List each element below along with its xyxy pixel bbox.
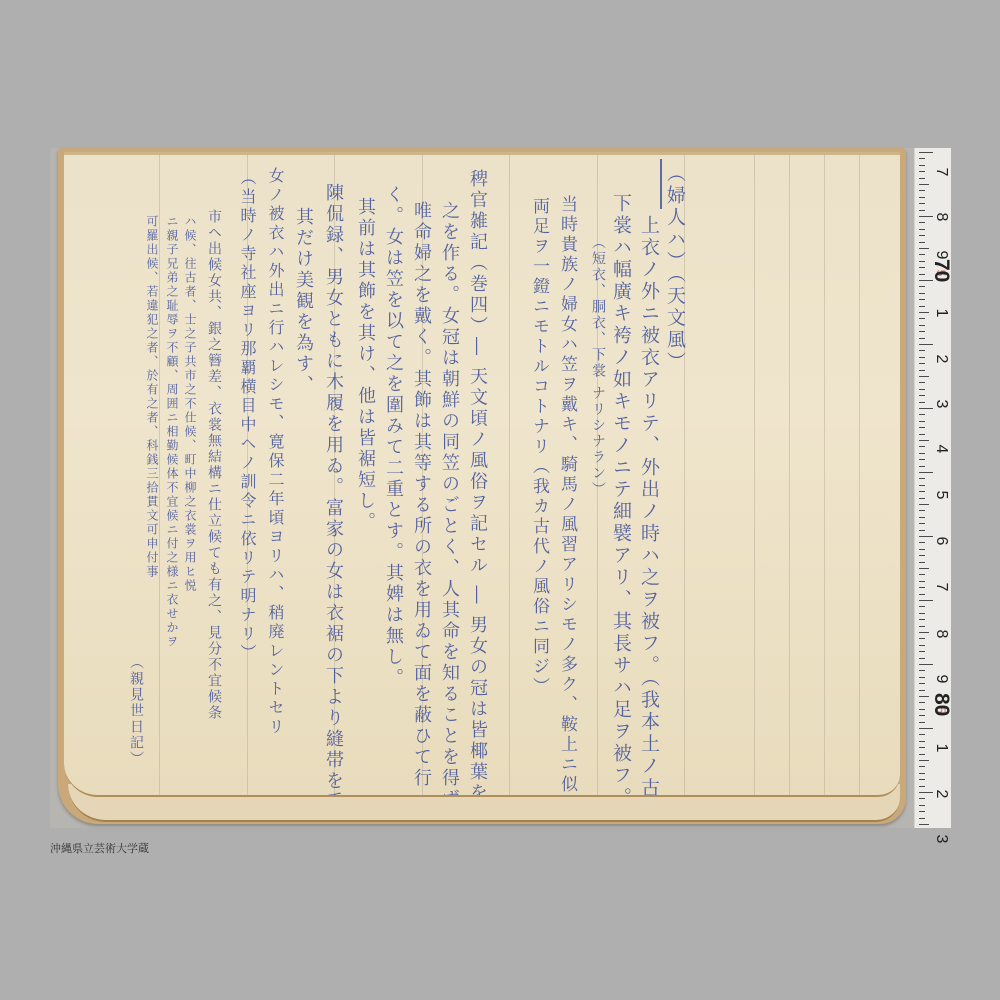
ruler-tick: [919, 248, 929, 249]
ruler-tick: [919, 530, 925, 531]
manuscript-line: ハ候、往古者、士之子共市之不仕候、町中柳之衣裳ヲ用ヒ悦: [182, 215, 198, 593]
ruler-tick: [919, 677, 925, 678]
rule-line: [509, 155, 510, 795]
ruler-tick: [919, 651, 925, 652]
ruler-tick: [919, 818, 925, 819]
ruler-tick: [919, 683, 925, 684]
ruler-tick: [919, 690, 925, 691]
ruler-tick: [919, 357, 925, 358]
manuscript-line: 其だけ美観を為す、: [290, 207, 316, 396]
manuscript-heading: （婦人ハ）（天文風）: [662, 163, 688, 374]
ruler-tick: [919, 517, 925, 518]
ruler-number: 3: [932, 829, 950, 849]
ruler-tick: [919, 408, 933, 409]
manuscript-line: 上衣ノ外ニ被衣アリテ、外出ノ時ハ之ヲ被フ。（我本土ノ古俗）: [636, 215, 662, 797]
ruler-tick: [919, 728, 933, 729]
ruler-tick: [919, 658, 925, 659]
ruler-tick: [919, 619, 925, 620]
ruler-tick: [919, 414, 925, 415]
ruler-tick: [919, 638, 925, 639]
ruler-tick: [919, 190, 925, 191]
ruler-tick: [919, 158, 925, 159]
ruler-tick: [919, 542, 925, 543]
ruler-number: 4: [932, 439, 950, 459]
ruler-tick: [919, 581, 925, 582]
ruler-tick: [919, 491, 925, 492]
ruler-tick: [919, 261, 925, 262]
ruler-tick: [919, 370, 925, 371]
manuscript-line: 当時貴族ノ婦女ハ笠ヲ戴キ、騎馬ノ風習アリシモノ多ク、鞍上ニ似タルモノ、: [554, 195, 580, 797]
ruler-tick: [919, 210, 925, 211]
ruler-tick: [919, 696, 929, 697]
manuscript-line: （短衣、胴衣、下裳 ナリシナラン）: [588, 235, 608, 497]
manuscript-line: 之を作る。女冠は朝鮮の同笠のごとく、人其命を知ることを得ず: [436, 201, 462, 797]
manuscript-line: ニ親子兄弟之耻辱ヲ不顧、周囲ニ相勤候体不宜候ニ付之様ニ衣せかヲ: [164, 215, 180, 649]
ruler-tick: [919, 805, 925, 806]
ruler-tick: [919, 811, 925, 812]
ruler-number: 3: [932, 394, 950, 414]
ruler-tick: [919, 478, 925, 479]
ruler-tick: [919, 178, 925, 179]
ruler-tick: [919, 229, 925, 230]
ruler-tick: [919, 760, 929, 761]
manuscript-source-note: （親見世日記）: [126, 655, 146, 767]
manuscript-line: 陳侃録、男女ともに木履を用ゐ。富家の女は衣裾の下より縫帯を垂る: [320, 183, 346, 797]
rule-line: [824, 155, 825, 795]
ruler-tick: [919, 254, 925, 255]
ruler-tick: [919, 626, 925, 627]
ruler-tick: [919, 664, 933, 665]
manuscript-line: 市ヘ出候女共、銀之簪差、衣裳無結構ニ仕立候ても有之、見分不宜候条: [204, 209, 224, 721]
notebook: （婦人ハ）（天文風） 上衣ノ外ニ被衣アリテ、外出ノ時ハ之ヲ被フ。（我本土ノ古俗）…: [58, 148, 906, 824]
ruler-tick: [919, 606, 925, 607]
ruler-number: 1: [932, 738, 950, 758]
measuring-ruler: 789570123456789580123: [914, 148, 951, 828]
ruler-tick: [919, 510, 925, 511]
ruler-tick: [919, 286, 925, 287]
manuscript-line: く。女は笠を以て之を圍みて二重とす。其婢は無し。: [380, 185, 406, 689]
ruler-tick: [919, 376, 929, 377]
ruler-tick: [919, 741, 925, 742]
manuscript-line: 女ノ被衣ハ外出ニ行ハレシモ、寛保二年頃ヨリハ、稍廃レントセリ: [262, 167, 288, 737]
ruler-number: 5: [932, 485, 950, 505]
ruler-tick: [919, 421, 925, 422]
ruler-number: 1: [932, 303, 950, 323]
manuscript-line: 両足ヲ一鐙ニモトルコトナリ（我カ古代ノ風俗ニ同ジ）: [526, 197, 552, 697]
ruler-number: 2: [932, 349, 950, 369]
manuscript-line: 其前は其飾を其け、他は皆裾短し。: [352, 197, 378, 533]
rule-line: [859, 155, 860, 795]
ruler-number: 7: [932, 162, 950, 182]
rule-line: [754, 155, 755, 795]
ruler-tick: [919, 792, 933, 793]
ruler-tick: [919, 427, 925, 428]
ruler-tick: [919, 203, 925, 204]
ruler-tick: [919, 594, 925, 595]
ruler-tick: [919, 446, 925, 447]
ruler-tick: [919, 338, 925, 339]
ruler-tick: [919, 754, 925, 755]
ruler-tick: [919, 498, 925, 499]
ruler-tick: [919, 318, 925, 319]
notebook-page: （婦人ハ）（天文風） 上衣ノ外ニ被衣アリテ、外出ノ時ハ之ヲ被フ。（我本土ノ古俗）…: [64, 152, 900, 797]
ruler-tick: [919, 574, 925, 575]
ruler-tick: [919, 824, 929, 825]
ruler-tick: [919, 306, 925, 307]
ruler-tick: [919, 555, 925, 556]
ruler-tick: [919, 722, 925, 723]
ruler-number: 70: [929, 259, 953, 279]
ruler-number: 6: [932, 531, 950, 551]
ruler-tick: [919, 312, 929, 313]
ruler-tick: [919, 779, 925, 780]
ruler-tick: [919, 766, 925, 767]
manuscript-line: （当時ノ寺社座ヨリ那覇横目中ヘノ訓令ニ依リテ明ナリ）: [234, 169, 260, 663]
ruler-tick: [919, 165, 925, 166]
manuscript-line: 唯命婦之を戴く。其飾は其等する所の衣を用ゐて面を蔽ひて行: [408, 201, 434, 789]
ruler-tick: [919, 645, 925, 646]
manuscript-photo: （婦人ハ）（天文風） 上衣ノ外ニ被衣アリテ、外出ノ時ハ之ヲ被フ。（我本土ノ古俗）…: [50, 148, 950, 828]
ruler-tick: [919, 389, 925, 390]
ruler-number: 9: [932, 669, 950, 689]
ruler-tick: [919, 600, 933, 601]
ruler-tick: [919, 363, 925, 364]
ruler-tick: [919, 382, 925, 383]
ruler-number: 8: [932, 207, 950, 227]
ruler-tick: [919, 786, 925, 787]
ruler-tick: [919, 235, 925, 236]
ruler-tick: [919, 632, 929, 633]
ruler-tick: [919, 702, 925, 703]
ruler-number: 7: [932, 577, 950, 597]
ruler-tick: [919, 459, 925, 460]
ruler-tick: [919, 747, 925, 748]
ruler-tick: [919, 344, 933, 345]
ruler-number: 2: [932, 784, 950, 804]
ruler-tick: [919, 325, 925, 326]
ruler-tick: [919, 709, 925, 710]
ruler-tick: [919, 587, 925, 588]
ruler-tick: [919, 613, 925, 614]
ruler-tick: [919, 331, 925, 332]
ruler-tick: [919, 184, 929, 185]
ruler-tick: [919, 549, 925, 550]
ruler-tick: [919, 568, 929, 569]
ruler-tick: [919, 267, 925, 268]
ruler-tick: [919, 798, 925, 799]
ruler-tick: [919, 152, 933, 153]
ruler-tick: [919, 434, 925, 435]
ruler-tick: [919, 274, 925, 275]
ruler-tick: [919, 773, 925, 774]
ruler-tick: [919, 670, 925, 671]
ruler-tick: [919, 197, 925, 198]
ruler-tick: [919, 402, 925, 403]
ruler-tick: [919, 216, 933, 217]
ruler-tick: [919, 562, 925, 563]
ruler-tick: [919, 536, 933, 537]
ruler-number: 8: [932, 624, 950, 644]
manuscript-line: 稗官雑記（巻四）― 天文頃ノ風俗ヲ記セル ― 男女の冠は皆椰葉を編みて: [464, 169, 490, 797]
rule-line: [789, 155, 790, 795]
manuscript-line: 可羅出候、若違犯之者、於有之者、科銭三拾貫文可申付事: [144, 215, 160, 579]
ruler-tick: [919, 299, 925, 300]
ruler-tick: [919, 485, 925, 486]
ruler-tick: [919, 293, 925, 294]
ruler-tick: [919, 453, 925, 454]
ruler-tick: [919, 242, 925, 243]
ruler-tick: [919, 222, 925, 223]
ruler-tick: [919, 715, 925, 716]
ruler-tick: [919, 171, 925, 172]
ruler-tick: [919, 395, 925, 396]
ruler-tick: [919, 350, 925, 351]
ruler-tick: [919, 466, 925, 467]
manuscript-line: 下裳ハ幅廣キ袴ノ如キモノニテ細襞アリ、其長サハ足ヲ被フ。: [608, 193, 634, 797]
collection-credit: 沖縄県立芸術大学蔵: [50, 840, 149, 856]
ruler-tick: [919, 472, 933, 473]
ruler-tick: [919, 440, 929, 441]
ruler-tick: [919, 734, 925, 735]
ruler-tick: [919, 523, 925, 524]
ruler-tick: [919, 504, 929, 505]
ruler-number: 80: [929, 693, 953, 713]
